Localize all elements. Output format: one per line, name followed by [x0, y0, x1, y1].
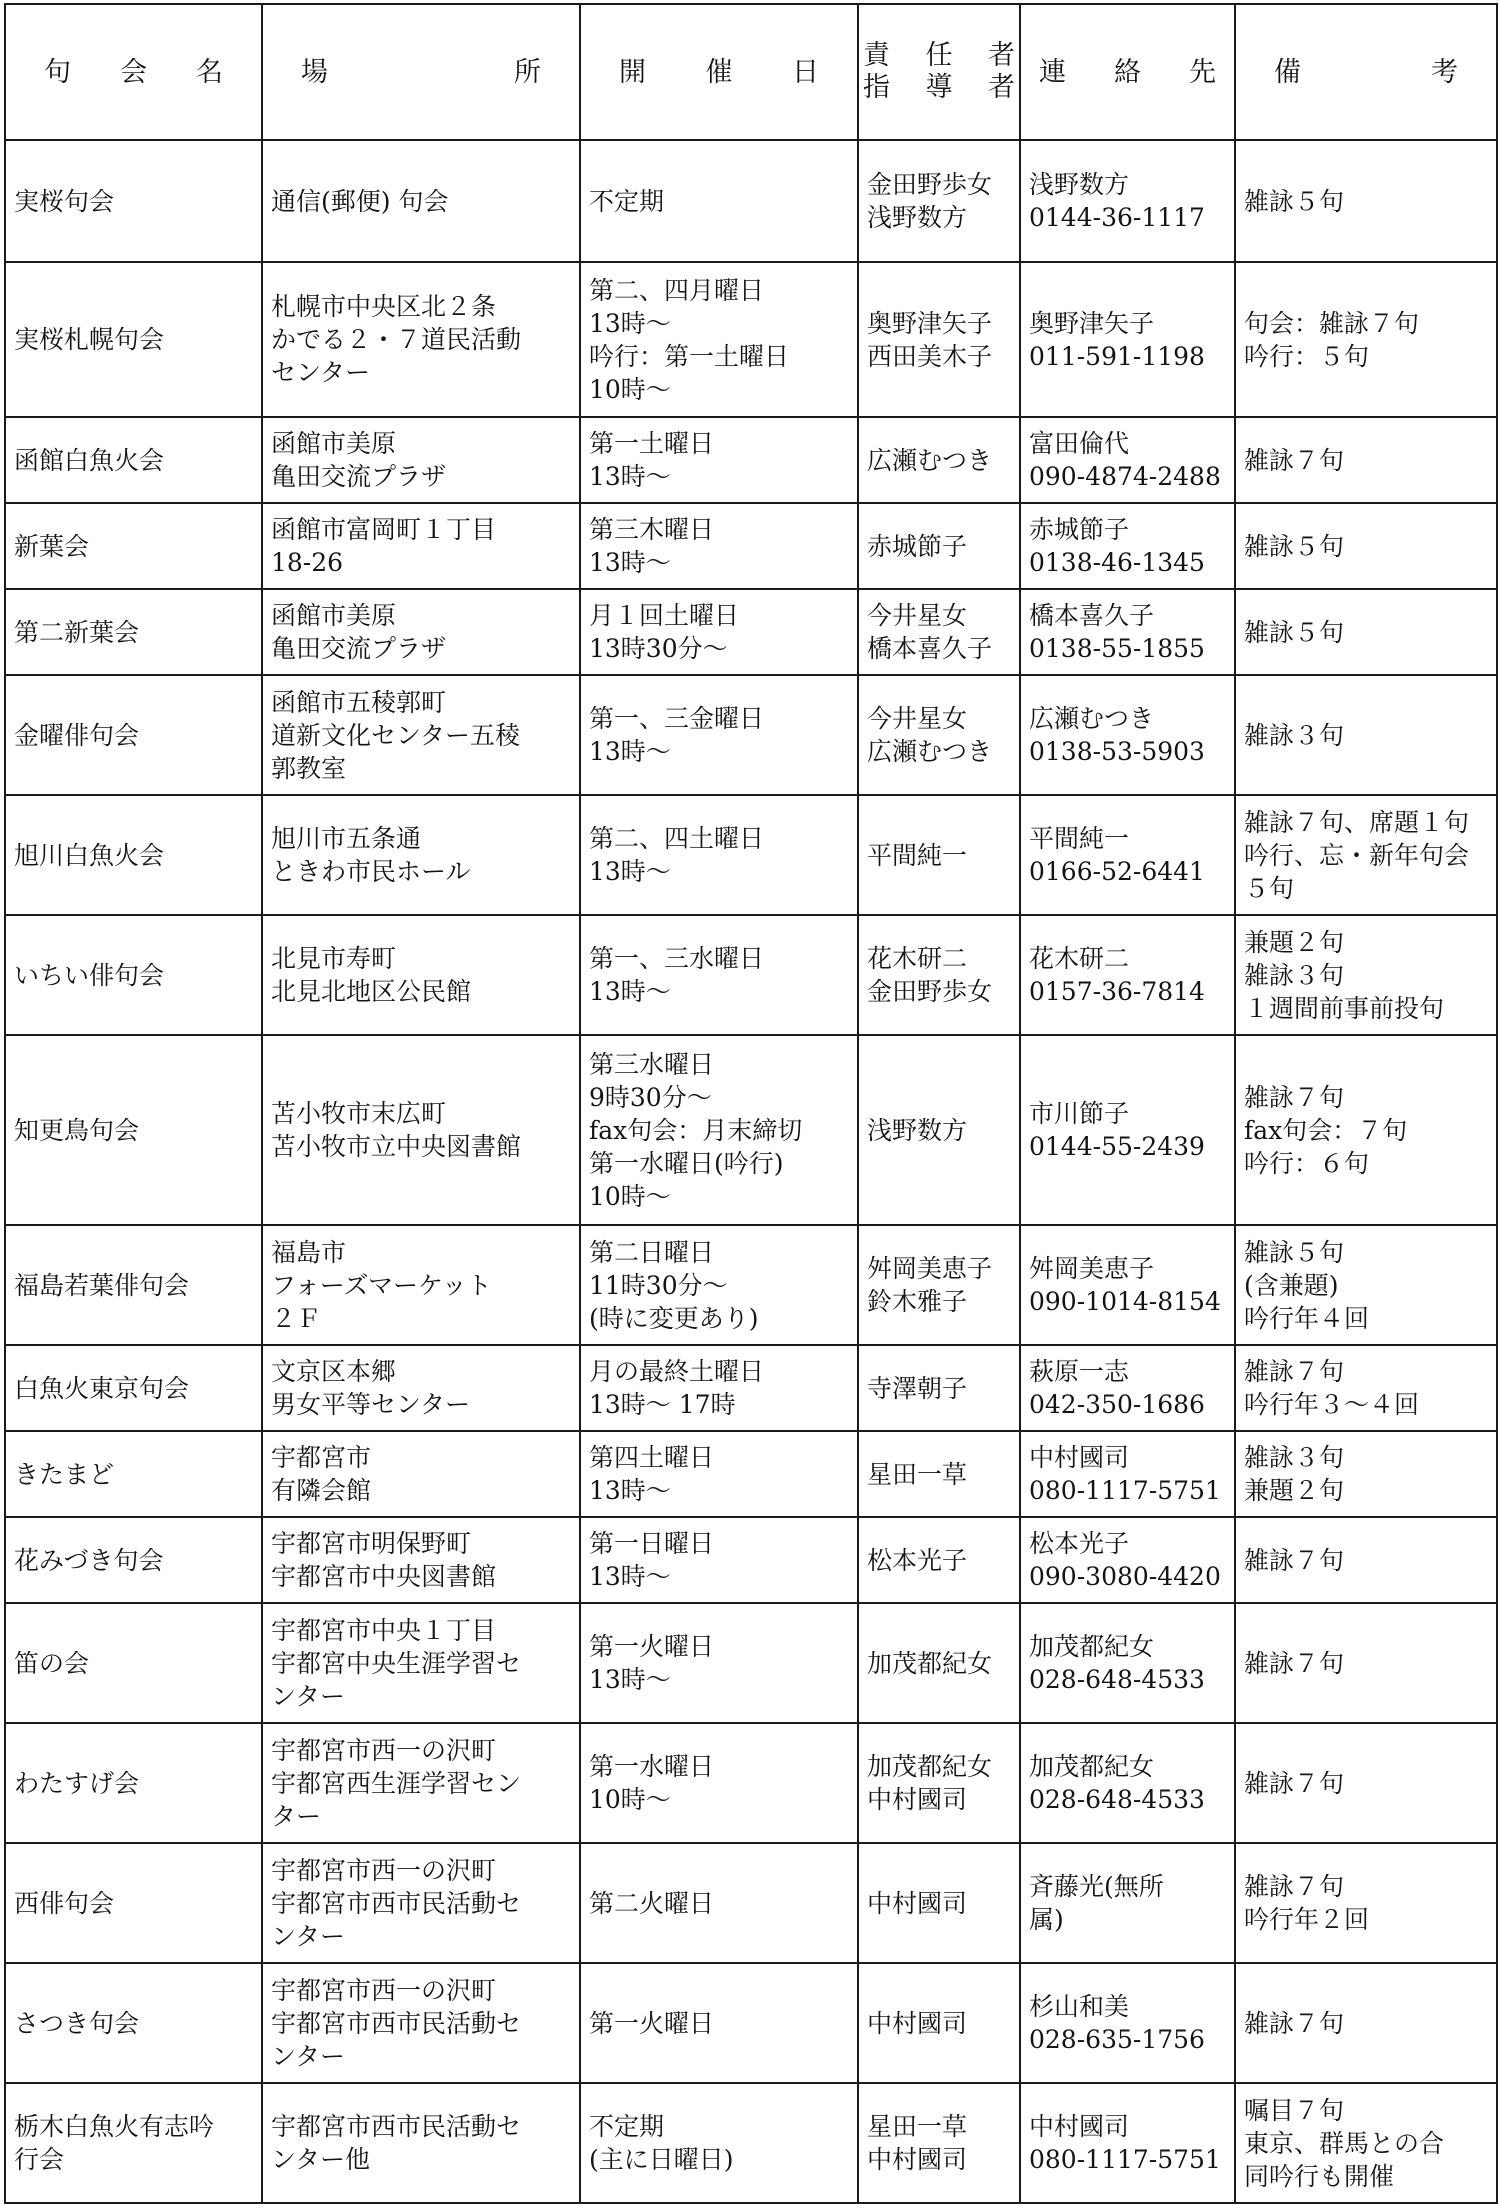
group-name-cell: 知更鳥句会: [5, 1035, 262, 1225]
date-cell: 第一土曜日 13時〜: [580, 417, 858, 503]
contact-cell: 赤城節子 0138-46-1345: [1020, 503, 1235, 589]
date-cell: 第二、四土曜日 13時〜: [580, 795, 858, 915]
notes-cell: 雑詠７句: [1235, 1603, 1497, 1723]
contact-cell: 杉山和美 028-635-1756: [1020, 1963, 1235, 2083]
leader-cell: 今井星女 広瀬むつき: [858, 675, 1020, 795]
table-row: いちい俳句会北見市寿町 北見北地区公民館第一、三水曜日 13時〜花木研二 金田野…: [5, 915, 1497, 1035]
place-cell: 函館市五稜郭町 道新文化センター五稜 郭教室: [262, 675, 580, 795]
contact-cell: 浅野数方 0144-36-1117: [1020, 140, 1235, 262]
table-row: 新葉会函館市富岡町１丁目 18-26第三木曜日 13時〜赤城節子赤城節子 013…: [5, 503, 1497, 589]
table-row: さつき句会宇都宮市西一の沢町 宇都宮市西市民活動セ ンター第一火曜日中村國司杉山…: [5, 1963, 1497, 2083]
header-date: 開 催 日: [580, 4, 858, 140]
group-name-cell: さつき句会: [5, 1963, 262, 2083]
table-row: 第二新葉会函館市美原 亀田交流プラザ月１回土曜日 13時30分〜今井星女 橋本喜…: [5, 589, 1497, 675]
leader-cell: 金田野歩女 浅野数方: [858, 140, 1020, 262]
group-name-cell: 笛の会: [5, 1603, 262, 1723]
place-cell: 福島市 フォーズマーケット ２Ｆ: [262, 1225, 580, 1345]
date-cell: 第三木曜日 13時〜: [580, 503, 858, 589]
header-place: 場 所: [262, 4, 580, 140]
leader-cell: 寺澤朝子: [858, 1345, 1020, 1431]
date-cell: 第二、四月曜日 13時〜 吟行：第一土曜日 10時〜: [580, 262, 858, 417]
place-cell: 文京区本郷 男女平等センター: [262, 1345, 580, 1431]
notes-cell: 雑詠７句 吟行年２回: [1235, 1843, 1497, 1963]
notes-cell: 雑詠５句: [1235, 589, 1497, 675]
table-row: 実桜句会通信(郵便) 句会不定期金田野歩女 浅野数方浅野数方 0144-36-1…: [5, 140, 1497, 262]
place-cell: 苫小牧市末広町 苫小牧市立中央図書館: [262, 1035, 580, 1225]
contact-cell: 中村國司 080-1117-5751: [1020, 2083, 1235, 2115]
notes-cell: 雑詠７句 吟行年３〜４回: [1235, 1345, 1497, 1431]
table-row: 金曜俳句会函館市五稜郭町 道新文化センター五稜 郭教室第一、三金曜日 13時〜今…: [5, 675, 1497, 795]
group-name-cell: 白魚火東京句会: [5, 1345, 262, 1431]
notes-cell: 雑詠７句 fax句会：７句 吟行：６句: [1235, 1035, 1497, 1225]
notes-cell: 雑詠７句: [1235, 1963, 1497, 2083]
place-cell: 宇都宮市中央１丁目 宇都宮中央生涯学習セ ンター: [262, 1603, 580, 1723]
table-row: 花みづき句会宇都宮市明保野町 宇都宮市中央図書館第一日曜日 13時〜松本光子松本…: [5, 1517, 1497, 1603]
table-row: 旭川白魚火会旭川市五条通 ときわ市民ホール第二、四土曜日 13時〜平間純一平間純…: [5, 795, 1497, 915]
contact-cell: 富田倫代 090-4874-2488: [1020, 417, 1235, 503]
date-cell: 第四土曜日 13時〜: [580, 1431, 858, 1517]
table-row: 笛の会宇都宮市中央１丁目 宇都宮中央生涯学習セ ンター第一火曜日 13時〜加茂都…: [5, 1603, 1497, 1723]
place-cell: 宇都宮市西一の沢町 宇都宮市西市民活動セ ンター: [262, 1963, 580, 2083]
place-cell: 函館市富岡町１丁目 18-26: [262, 503, 580, 589]
date-cell: 不定期: [580, 140, 858, 262]
group-name-cell: きたまど: [5, 1431, 262, 1517]
date-cell: 第二日曜日 11時30分〜 (時に変更あり): [580, 1225, 858, 1345]
table-row: きたまど宇都宮市 有隣会館第四土曜日 13時〜星田一草中村國司 080-1117…: [5, 1431, 1497, 1517]
place-cell: 北見市寿町 北見北地区公民館: [262, 915, 580, 1035]
group-name-cell: わたすげ会: [5, 1723, 262, 1843]
group-name-cell: 函館白魚火会: [5, 417, 262, 503]
leader-cell: 花木研二 金田野歩女: [858, 915, 1020, 1035]
group-name-cell: 実桜札幌句会: [5, 262, 262, 417]
table-row: 白魚火東京句会文京区本郷 男女平等センター月の最終土曜日 13時〜 17時寺澤朝…: [5, 1345, 1497, 1431]
table-row: 知更鳥句会苫小牧市末広町 苫小牧市立中央図書館第三水曜日 9時30分〜 fax句…: [5, 1035, 1497, 1225]
leader-cell: 奥野津矢子 西田美木子: [858, 262, 1020, 417]
date-cell: 第三水曜日 9時30分〜 fax句会：月末締切 第一水曜日(吟行) 10時〜: [580, 1035, 858, 1225]
contact-cell: 花木研二 0157-36-7814: [1020, 915, 1235, 1035]
group-name-cell: 旭川白魚火会: [5, 795, 262, 915]
place-cell: 通信(郵便) 句会: [262, 140, 580, 262]
group-name-cell: いちい俳句会: [5, 915, 262, 1035]
place-cell: 宇都宮市西一の沢町 宇都宮市西市民活動セ ンター: [262, 1843, 580, 1963]
contact-cell: 加茂都紀女 028-648-4533: [1020, 1723, 1235, 1843]
leader-cell: 舛岡美恵子 鈴木雅子: [858, 1225, 1020, 1345]
leader-cell: 浅野数方: [858, 1035, 1020, 1225]
group-name-cell: 花みづき句会: [5, 1517, 262, 1603]
table-row: 栃木白魚火有志吟 行会宇都宮市西市民活動セ ンター他不定期 (主に日曜日)星田一…: [5, 2083, 1497, 2115]
notes-cell: 雑詠７句: [1235, 1723, 1497, 1843]
leader-cell: 中村國司: [858, 1963, 1020, 2083]
contact-cell: 橋本喜久子 0138-55-1855: [1020, 589, 1235, 675]
leader-cell: 松本光子: [858, 1517, 1020, 1603]
contact-cell: 舛岡美恵子 090-1014-8154: [1020, 1225, 1235, 1345]
contact-cell: 広瀬むつき 0138-53-5903: [1020, 675, 1235, 795]
header-leader: 責任者 指導者: [858, 4, 1020, 140]
group-name-cell: 西俳句会: [5, 1843, 262, 1963]
header-group-name: 句 会 名: [5, 4, 262, 140]
notes-cell: 雑詠５句: [1235, 140, 1497, 262]
leader-cell: 赤城節子: [858, 503, 1020, 589]
leader-cell: 中村國司: [858, 1843, 1020, 1963]
date-cell: 第一火曜日: [580, 1963, 858, 2083]
notes-cell: 嘱目７句 東京、群馬との合 同吟行も開催: [1235, 2083, 1497, 2115]
contact-cell: 平間純一 0166-52-6441: [1020, 795, 1235, 915]
place-cell: 宇都宮市明保野町 宇都宮市中央図書館: [262, 1517, 580, 1603]
date-cell: 月１回土曜日 13時30分〜: [580, 589, 858, 675]
place-cell: 宇都宮市西一の沢町 宇都宮西生涯学習セン ター: [262, 1723, 580, 1843]
group-name-cell: 実桜句会: [5, 140, 262, 262]
group-name-cell: 福島若葉俳句会: [5, 1225, 262, 1345]
place-cell: 札幌市中央区北２条 かでる２・７道民活動 センター: [262, 262, 580, 417]
notes-cell: 雑詠７句: [1235, 1517, 1497, 1603]
notes-cell: 雑詠５句: [1235, 503, 1497, 589]
notes-cell: 句会：雑詠７句 吟行：５句: [1235, 262, 1497, 417]
contact-cell: 奥野津矢子 011-591-1198: [1020, 262, 1235, 417]
table-row: 函館白魚火会函館市美原 亀田交流プラザ第一土曜日 13時〜広瀬むつき富田倫代 0…: [5, 417, 1497, 503]
contact-cell: 市川節子 0144-55-2439: [1020, 1035, 1235, 1225]
table-row: わたすげ会宇都宮市西一の沢町 宇都宮西生涯学習セン ター第一水曜日 10時〜加茂…: [5, 1723, 1497, 1843]
group-name-cell: 第二新葉会: [5, 589, 262, 675]
leader-cell: 星田一草: [858, 1431, 1020, 1517]
notes-cell: 雑詠７句、席題１句 吟行、忘・新年句会 ５句: [1235, 795, 1497, 915]
place-cell: 宇都宮市 有隣会館: [262, 1431, 580, 1517]
table-row: 西俳句会宇都宮市西一の沢町 宇都宮市西市民活動セ ンター第二火曜日中村國司斉藤光…: [5, 1843, 1497, 1963]
contact-cell: 加茂都紀女 028-648-4533: [1020, 1603, 1235, 1723]
contact-cell: 萩原一志 042-350-1686: [1020, 1345, 1235, 1431]
group-name-cell: 金曜俳句会: [5, 675, 262, 795]
haiku-group-table: 句 会 名 場 所 開 催 日: [4, 3, 1498, 2115]
group-name-cell: 栃木白魚火有志吟 行会: [5, 2083, 262, 2115]
place-cell: 函館市美原 亀田交流プラザ: [262, 589, 580, 675]
header-contact: 連 絡 先: [1020, 4, 1235, 140]
date-cell: 不定期 (主に日曜日): [580, 2083, 858, 2115]
haiku-group-directory: 句 会 名 場 所 開 催 日: [4, 3, 1496, 2115]
header-row: 句 会 名 場 所 開 催 日: [5, 4, 1497, 140]
date-cell: 第一、三水曜日 13時〜: [580, 915, 858, 1035]
contact-cell: 斉藤光(無所 属): [1020, 1843, 1235, 1963]
notes-cell: 雑詠３句 兼題２句: [1235, 1431, 1497, 1517]
leader-cell: 今井星女 橋本喜久子: [858, 589, 1020, 675]
header-notes: 備 考: [1235, 4, 1497, 140]
group-name-cell: 新葉会: [5, 503, 262, 589]
date-cell: 第一火曜日 13時〜: [580, 1603, 858, 1723]
leader-cell: 加茂都紀女 中村國司: [858, 1723, 1020, 1843]
place-cell: 宇都宮市西市民活動セ ンター他: [262, 2083, 580, 2115]
date-cell: 第一日曜日 13時〜: [580, 1517, 858, 1603]
contact-cell: 中村國司 080-1117-5751: [1020, 1431, 1235, 1517]
place-cell: 函館市美原 亀田交流プラザ: [262, 417, 580, 503]
notes-cell: 兼題２句 雑詠３句 １週間前事前投句: [1235, 915, 1497, 1035]
place-cell: 旭川市五条通 ときわ市民ホール: [262, 795, 580, 915]
leader-cell: 星田一草 中村國司: [858, 2083, 1020, 2115]
date-cell: 第一、三金曜日 13時〜: [580, 675, 858, 795]
table-row: 福島若葉俳句会福島市 フォーズマーケット ２Ｆ第二日曜日 11時30分〜 (時に…: [5, 1225, 1497, 1345]
leader-cell: 平間純一: [858, 795, 1020, 915]
leader-cell: 広瀬むつき: [858, 417, 1020, 503]
date-cell: 第一水曜日 10時〜: [580, 1723, 858, 1843]
date-cell: 月の最終土曜日 13時〜 17時: [580, 1345, 858, 1431]
contact-cell: 松本光子 090-3080-4420: [1020, 1517, 1235, 1603]
notes-cell: 雑詠７句: [1235, 417, 1497, 503]
notes-cell: 雑詠５句 (含兼題) 吟行年４回: [1235, 1225, 1497, 1345]
notes-cell: 雑詠３句: [1235, 675, 1497, 795]
leader-cell: 加茂都紀女: [858, 1603, 1020, 1723]
table-row: 実桜札幌句会札幌市中央区北２条 かでる２・７道民活動 センター第二、四月曜日 1…: [5, 262, 1497, 417]
date-cell: 第二火曜日: [580, 1843, 858, 1963]
table-body: 実桜句会通信(郵便) 句会不定期金田野歩女 浅野数方浅野数方 0144-36-1…: [5, 140, 1497, 2115]
